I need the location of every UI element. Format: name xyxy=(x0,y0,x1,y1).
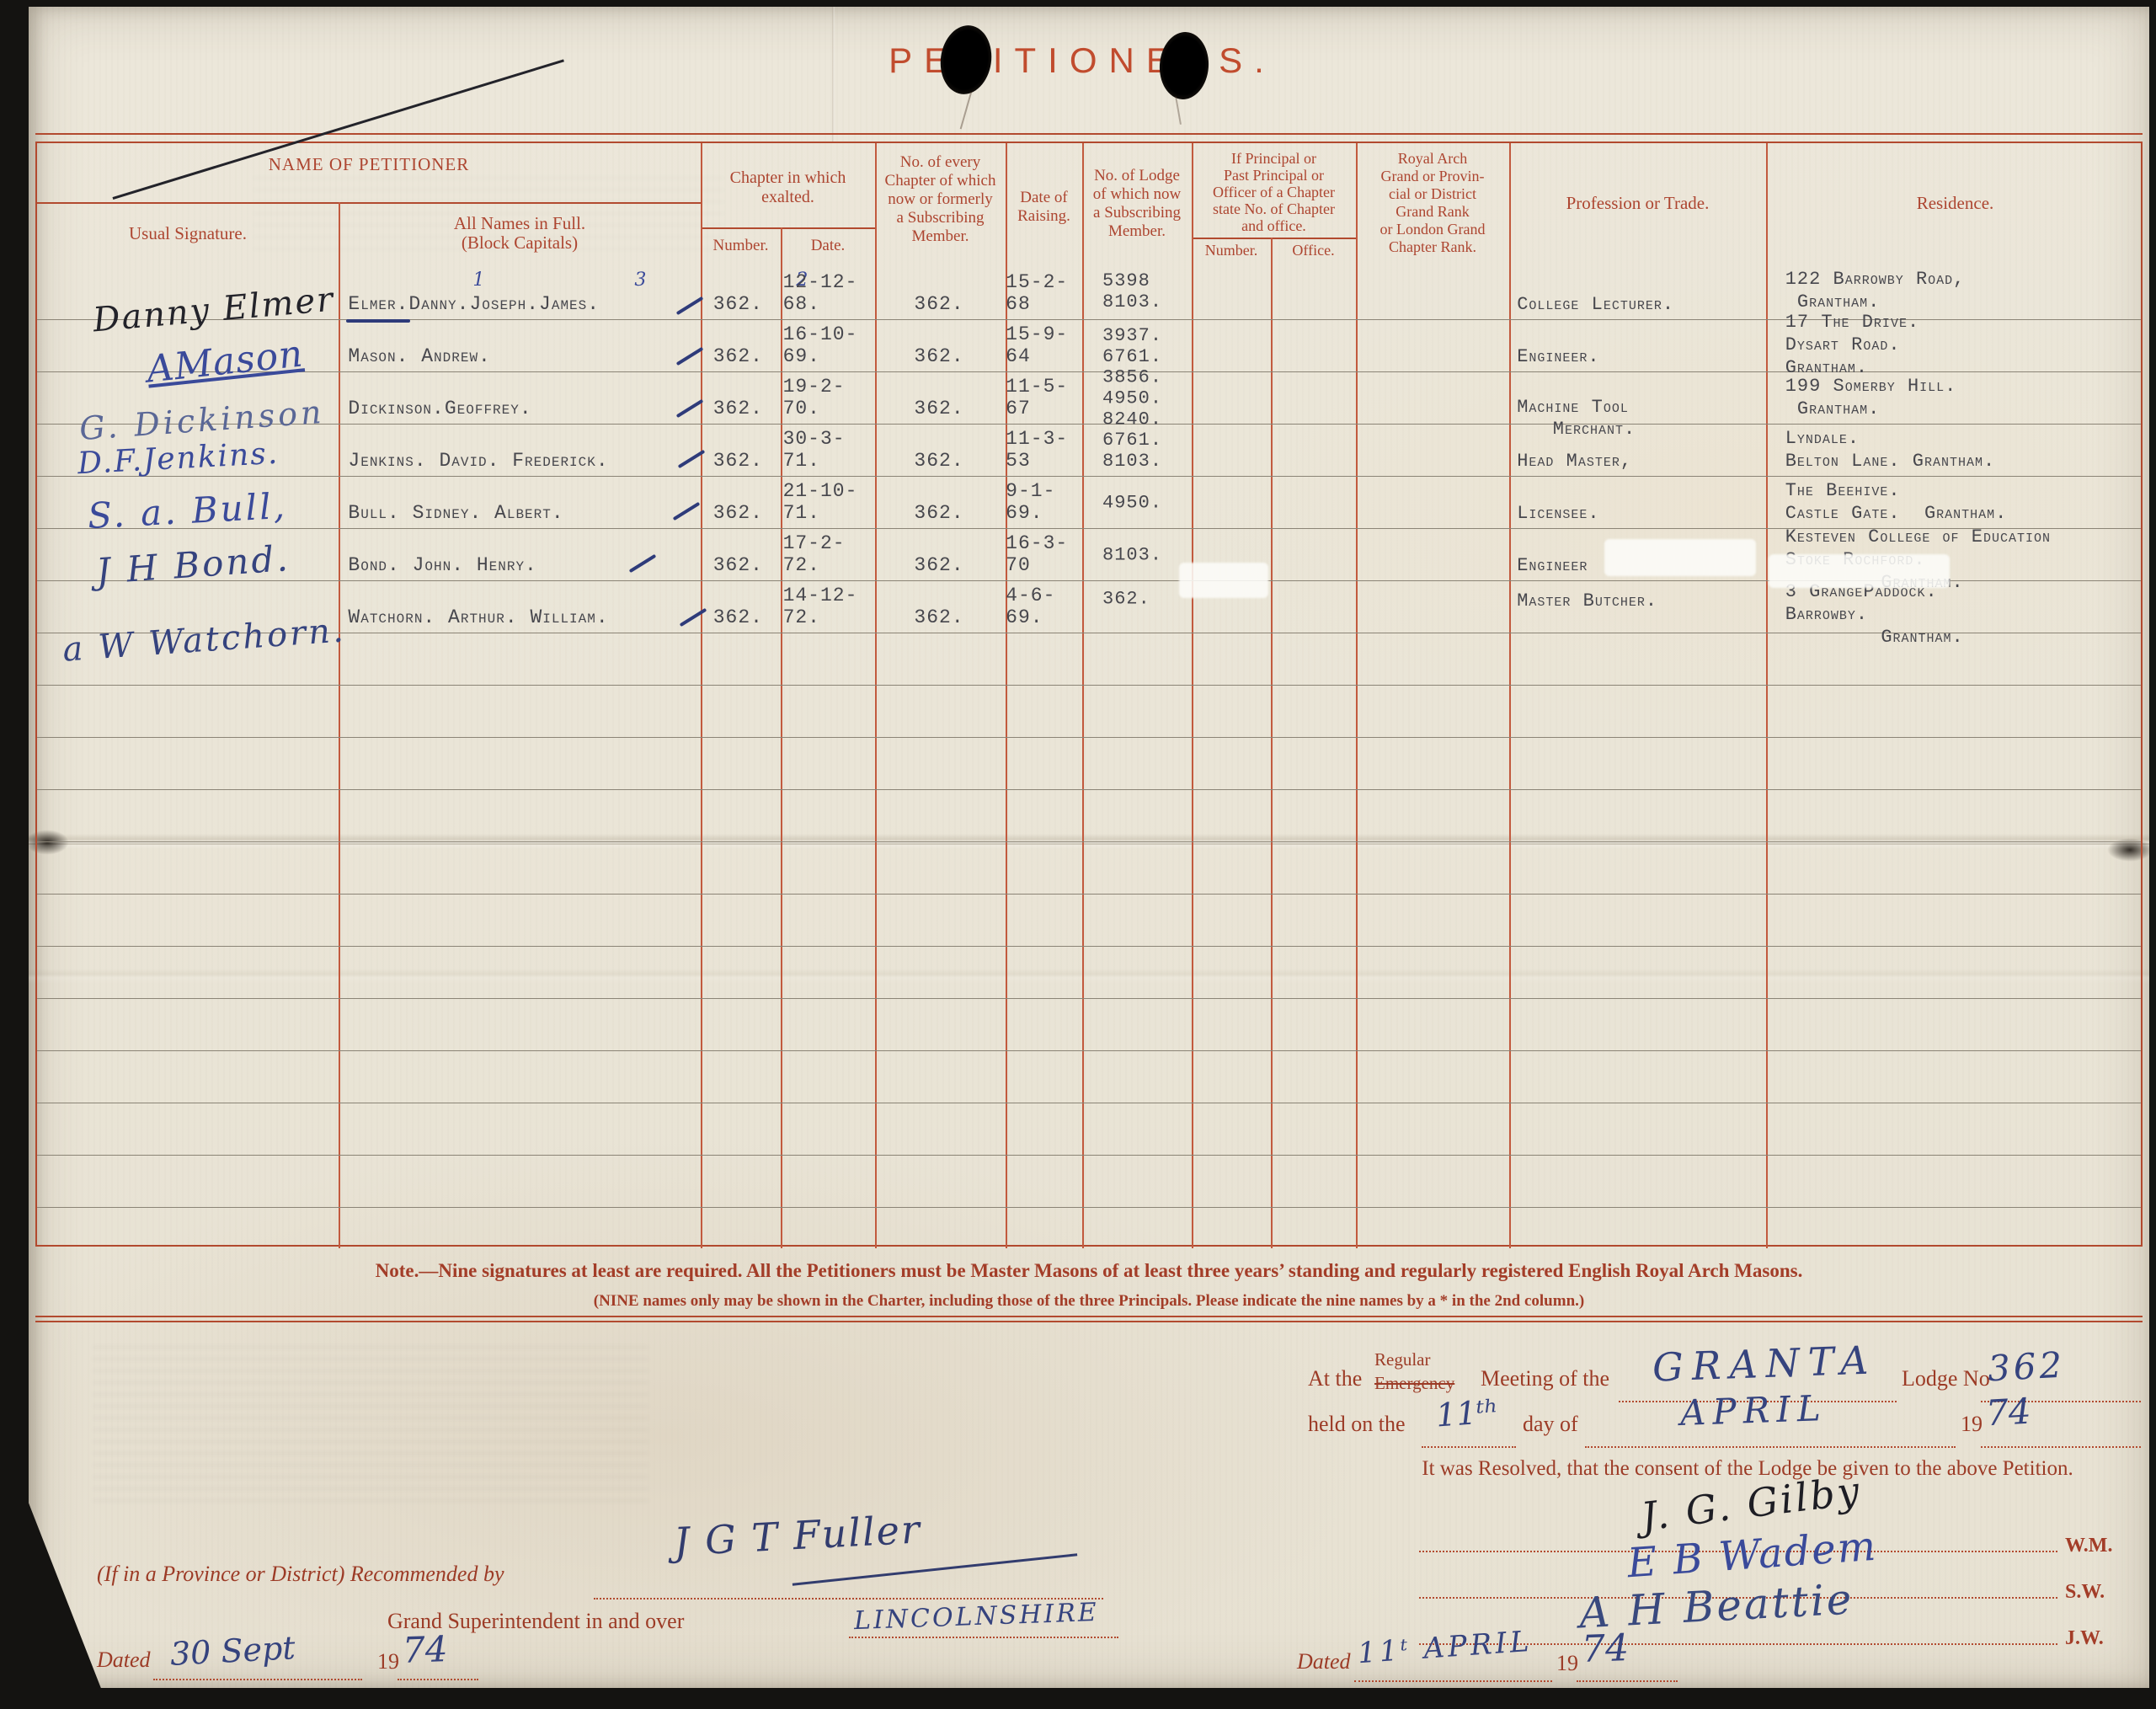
residence: 199 Somerby Hill. Grantham. xyxy=(1785,374,1957,419)
empty-row-last xyxy=(37,1208,2141,1248)
table-header: NAME OF PETITIONER Usual Signature. All … xyxy=(37,143,2141,263)
residence: The Beehive. Castle Gate. Grantham. xyxy=(1785,478,2008,524)
profession-cell: Licensee. xyxy=(1507,477,1764,528)
lodge-name-value: GRANTA xyxy=(1652,1337,1877,1390)
raising-date: 16-3-70 xyxy=(1006,532,1081,576)
header-usual-signature: Usual Signature. xyxy=(37,224,339,243)
lodge-numbers-cell: 5398 8103. xyxy=(1081,263,1190,319)
chapter-number-cell: 362. xyxy=(700,372,780,424)
whiteout-patch-lodge xyxy=(1179,563,1268,598)
name-cell: Watchorn. Arthur. William. xyxy=(338,581,699,633)
chapter-number-cell: 362. xyxy=(700,263,780,319)
header-chapter-date: Date. xyxy=(781,236,875,255)
top-double-rule xyxy=(35,133,2143,135)
whiteout-patch-profession xyxy=(1604,539,1756,576)
grand-rank-cell xyxy=(1354,529,1508,580)
chapter-number: 362. xyxy=(713,398,763,419)
raising-date: 11-5-67 xyxy=(1006,376,1081,419)
lodge-no-label: Lodge No xyxy=(1902,1366,1990,1391)
chapter-number-cell: 362. xyxy=(700,320,780,371)
header-royal-arch-rank: Royal Arch Grand or Provin- cial or Dist… xyxy=(1356,150,1509,256)
table-row: a W Watchorn. Watchorn. Arthur. William.… xyxy=(37,581,2141,633)
chapter-number: 362. xyxy=(713,606,763,628)
chapter-date-cell: 17-2-72. xyxy=(780,529,874,580)
jw-label: J.W. xyxy=(2065,1627,2104,1650)
empty-row xyxy=(37,633,2141,686)
chapter-date-cell: 30-3-71. xyxy=(780,425,874,476)
petitioner-name: Mason. Andrew. xyxy=(348,345,490,367)
header-residence: Residence. xyxy=(1766,194,2144,213)
table-row: D.F.Jenkins. Jenkins. David. Frederick. … xyxy=(37,425,2141,477)
raising-date-cell: 4-6-69. xyxy=(1004,581,1081,633)
dated-right-year-line xyxy=(1577,1680,1678,1682)
lodge-numbers: 5398 8103. xyxy=(1102,270,1162,312)
dated-right-year-prefix: 19 xyxy=(1556,1651,1578,1676)
raising-date: 11-3-53 xyxy=(1006,428,1081,472)
header-divider-chapter xyxy=(701,227,875,229)
chapter-date: 16-10-69. xyxy=(783,323,874,367)
residence: 17 The Drive. Dysart Road. Grantham. xyxy=(1785,310,1919,378)
name-cell: Jenkins. David. Frederick. xyxy=(338,425,699,476)
principal-number-cell xyxy=(1190,372,1269,424)
scan-bottom-edge xyxy=(0,1688,2156,1709)
principal-number-cell xyxy=(1190,320,1269,371)
header-divider-name xyxy=(37,202,701,204)
note-line-2: (NINE names only may be shown in the Cha… xyxy=(35,1292,2143,1311)
profession: College Lecturer. xyxy=(1517,294,1674,316)
empty-row xyxy=(37,686,2141,738)
signature-cell: S. a. Bull, xyxy=(37,477,338,528)
every-chapter-no: 362. xyxy=(914,502,963,524)
lodge-numbers-cell: 362. xyxy=(1081,581,1190,633)
recommended-line xyxy=(594,1597,1103,1600)
header-all-names: All Names in Full. (Block Capitals) xyxy=(339,214,701,253)
chapter-date-cell: 16-10-69. xyxy=(780,320,874,371)
empty-row xyxy=(37,1051,2141,1103)
header-principal-group: If Principal or Past Principal or Office… xyxy=(1192,150,1356,234)
profession: Engineer xyxy=(1517,555,1588,577)
lodge-numbers: 362. xyxy=(1102,588,1150,609)
note-line-1: Note.—Nine signatures at least are requi… xyxy=(35,1260,2143,1282)
header-lodge-subscribing: No. of Lodge of which now a Subscribing … xyxy=(1082,167,1192,241)
header-vline xyxy=(1192,143,1193,263)
residence-cell: 3 GrangePaddock. Barrowby. Grantham. xyxy=(1764,581,2141,633)
signature-cell: G. Dickinson xyxy=(37,372,338,424)
recommended-label: (If in a Province or District) Recommend… xyxy=(97,1562,504,1587)
every-chapter-cell: 362. xyxy=(873,425,1004,476)
chapter-date: 21-10-71. xyxy=(783,480,874,524)
lodge-numbers-cell: 8103. xyxy=(1081,529,1190,580)
signature-cell: J H Bond. xyxy=(37,529,338,580)
raising-date: 9-1-69. xyxy=(1006,480,1081,524)
chapter-number-cell: 362. xyxy=(700,581,780,633)
principal-office-cell xyxy=(1269,477,1354,528)
profession-cell: Machine Tool Merchant. xyxy=(1507,372,1764,424)
emergency-label-struck: Emergency xyxy=(1374,1373,1454,1394)
signature-cell: a W Watchorn. xyxy=(37,581,338,633)
scanned-petition-page: PETITIONERS. NAME OF PETITIONER Usual Si… xyxy=(0,0,2156,1709)
profession-cell: Head Master, xyxy=(1507,425,1764,476)
chapter-date: 14-12-72. xyxy=(783,585,874,628)
header-vline xyxy=(1082,143,1084,263)
grand-rank-cell xyxy=(1354,477,1508,528)
at-the-label: At the xyxy=(1308,1366,1362,1391)
every-chapter-no: 362. xyxy=(914,345,963,367)
every-chapter-cell: 362. xyxy=(873,320,1004,371)
chapter-date: 17-2-72. xyxy=(783,532,874,576)
raising-date-cell: 11-3-53 xyxy=(1004,425,1081,476)
dated-right-label: Dated xyxy=(1297,1649,1351,1674)
petitioner-name: Jenkins. David. Frederick. xyxy=(348,450,608,472)
raising-date: 4-6-69. xyxy=(1006,585,1081,628)
header-vline xyxy=(1766,143,1768,263)
lodge-numbers-cell: 6761. 8103. xyxy=(1081,425,1190,476)
principal-office-cell xyxy=(1269,320,1354,371)
every-chapter-cell: 362. xyxy=(873,372,1004,424)
petitioners-table: NAME OF PETITIONER Usual Signature. All … xyxy=(35,142,2143,1247)
principal-office-cell xyxy=(1269,372,1354,424)
empty-row xyxy=(37,1103,2141,1156)
principal-office-cell xyxy=(1269,529,1354,580)
raising-date-cell: 16-3-70 xyxy=(1004,529,1081,580)
chapter-date-cell: 19-2-70. xyxy=(780,372,874,424)
header-chapter-exalted: Chapter in which exalted. xyxy=(701,168,875,207)
residence-cell: Lyndale. Belton Lane. Grantham. xyxy=(1764,425,2141,476)
year-value: 74 xyxy=(1985,1391,2032,1434)
vertical-fold-crease xyxy=(832,7,835,142)
chapter-date: 19-2-70. xyxy=(783,376,874,419)
chapter-number-cell: 362. xyxy=(700,529,780,580)
profession: Licensee. xyxy=(1517,503,1599,525)
petitioner-signature: D.F.Jenkins. xyxy=(77,436,280,481)
principal-office-cell xyxy=(1269,581,1354,633)
empty-row xyxy=(37,790,2141,842)
every-chapter-no: 362. xyxy=(914,554,963,576)
table-row: AMason Mason. Andrew. 362. 16-10-69. 362… xyxy=(37,320,2141,372)
profession-cell: College Lecturer. xyxy=(1507,263,1764,319)
name-cell: Bond. John. Henry. xyxy=(338,529,699,580)
every-chapter-no: 362. xyxy=(914,450,963,472)
header-date-of-raising: Date of Raising. xyxy=(1006,189,1082,226)
name-cell: Dickinson.Geoffrey. xyxy=(338,372,699,424)
every-chapter-no: 362. xyxy=(914,293,963,315)
every-chapter-no: 362. xyxy=(914,606,963,628)
grand-rank-cell xyxy=(1354,372,1508,424)
empty-row xyxy=(37,947,2141,999)
chapter-date-cell: 14-12-72. xyxy=(780,581,874,633)
month-value: APRIL xyxy=(1679,1387,1828,1434)
residence: 122 Barrowby Road, Grantham. xyxy=(1785,267,1966,312)
dated-right-year: 74 xyxy=(1581,1626,1630,1671)
regular-label: Regular xyxy=(1374,1349,1430,1370)
signature-cell: Danny Elmer xyxy=(37,263,338,319)
chapter-date: 12-12-68. xyxy=(783,271,874,315)
lodge-numbers-cell: 3856. 4950. 8240. xyxy=(1081,372,1190,424)
header-vline xyxy=(1006,143,1007,263)
wm-label: W.M. xyxy=(2065,1535,2112,1557)
profession: Engineer. xyxy=(1517,346,1599,368)
dated-left-year-prefix: 19 xyxy=(377,1649,399,1674)
chapter-number: 362. xyxy=(713,293,763,315)
name-cell: 1 3 2 Elmer.Danny.Joseph.James. xyxy=(338,263,699,319)
lodge-numbers-cell: 4950. xyxy=(1081,477,1190,528)
raising-date: 15-2-68 xyxy=(1006,271,1081,315)
every-chapter-no: 362. xyxy=(914,398,963,419)
chapter-number-cell: 362. xyxy=(700,477,780,528)
residence-cell: The Beehive. Castle Gate. Grantham. xyxy=(1764,477,2141,528)
header-vline xyxy=(875,143,877,263)
chapter-date-cell: 12-12-68. xyxy=(780,263,874,319)
chapter-number-cell: 362. xyxy=(700,425,780,476)
lodge-numbers: 4950. xyxy=(1102,492,1162,513)
name-cell: Mason. Andrew. xyxy=(338,320,699,371)
raising-date-cell: 15-2-68 xyxy=(1004,263,1081,319)
empty-row xyxy=(37,1156,2141,1208)
residence-cell: 199 Somerby Hill. Grantham. xyxy=(1764,372,2141,424)
principal-office-cell xyxy=(1269,263,1354,319)
header-vline xyxy=(1356,143,1358,263)
held-on-the-label: held on the xyxy=(1308,1412,1406,1437)
grand-rank-cell xyxy=(1354,263,1508,319)
chapter-number: 362. xyxy=(713,345,763,367)
header-name-group: NAME OF PETITIONER xyxy=(37,155,701,174)
chapter-number: 362. xyxy=(713,554,763,576)
dated-left-year: 74 xyxy=(402,1628,448,1671)
lodge-no-value: 362 xyxy=(1987,1344,2067,1390)
profession: Head Master, xyxy=(1517,451,1632,473)
header-vline xyxy=(339,202,340,263)
lodge-numbers: 6761. 8103. xyxy=(1102,430,1162,472)
lodge-numbers: 8103. xyxy=(1102,544,1162,565)
header-chapter-number: Number. xyxy=(701,236,781,255)
empty-row xyxy=(37,738,2141,790)
pen-tick xyxy=(672,502,700,521)
dated-right-line xyxy=(1354,1680,1552,1682)
day-of-label: day of xyxy=(1523,1412,1578,1437)
bottom-double-rule-1 xyxy=(35,1316,2143,1317)
every-chapter-cell: 362. xyxy=(873,581,1004,633)
every-chapter-cell: 362. xyxy=(873,529,1004,580)
principal-number-cell xyxy=(1190,263,1269,319)
day-line xyxy=(1422,1445,1516,1448)
chapter-date: 30-3-71. xyxy=(783,428,874,472)
petitioner-name: Elmer.Danny.Joseph.James. xyxy=(348,293,600,315)
profession: Master Butcher. xyxy=(1517,590,1657,612)
chapter-number: 362. xyxy=(713,502,763,524)
sw-label: S.W. xyxy=(2065,1581,2105,1604)
page-title: PETITIONERS. xyxy=(842,40,1322,81)
header-principal-office: Office. xyxy=(1271,241,1356,260)
table-body: Danny Elmer 1 3 2 Elmer.Danny.Joseph.Jam… xyxy=(37,263,2141,1248)
meeting-of-the-label: Meeting of the xyxy=(1481,1366,1609,1391)
dated-left-year-line xyxy=(398,1678,478,1680)
petitioner-name: Watchorn. Arthur. William. xyxy=(348,606,608,628)
chapter-date-cell: 21-10-71. xyxy=(780,477,874,528)
residence-cell: 17 The Drive. Dysart Road. Grantham. xyxy=(1764,320,2141,371)
bleedthrough-text-block xyxy=(93,1346,648,1502)
header-divider-principal xyxy=(1192,238,1356,239)
principal-number-cell xyxy=(1190,477,1269,528)
empty-row xyxy=(37,842,2141,895)
whiteout-patch-residence xyxy=(1769,554,1950,588)
lodge-numbers: 3856. 4950. 8240. xyxy=(1102,366,1162,430)
principal-number-cell xyxy=(1190,425,1269,476)
raising-date: 15-9-64 xyxy=(1006,323,1081,367)
header-vline xyxy=(1271,238,1273,263)
empty-row xyxy=(37,895,2141,947)
residence: Lyndale. Belton Lane. Grantham. xyxy=(1785,426,1995,472)
every-chapter-cell: 362. xyxy=(873,263,1004,319)
header-principal-number: Number. xyxy=(1192,241,1271,260)
header-vline xyxy=(1509,143,1511,263)
year-line xyxy=(1981,1445,2141,1448)
bottom-double-rule-2 xyxy=(35,1321,2143,1322)
grand-rank-cell xyxy=(1354,425,1508,476)
dated-left-line xyxy=(153,1678,362,1680)
year-prefix: 19 xyxy=(1961,1412,1983,1437)
raising-date-cell: 15-9-64 xyxy=(1004,320,1081,371)
lodge-numbers: 3937. 6761. xyxy=(1102,325,1162,367)
every-chapter-cell: 362. xyxy=(873,477,1004,528)
pen-tick xyxy=(628,554,656,573)
header-every-chapter: No. of every Chapter of which now or for… xyxy=(875,153,1006,246)
profession-cell: Engineer. xyxy=(1507,320,1764,371)
petitioner-name: Bond. John. Henry. xyxy=(348,554,536,576)
profession-cell: Master Butcher. xyxy=(1507,581,1764,633)
raising-date-cell: 11-5-67 xyxy=(1004,372,1081,424)
month-line xyxy=(1585,1445,1956,1448)
resolved-text: It was Resolved, that the consent of the… xyxy=(1347,1457,2148,1481)
empty-row xyxy=(37,999,2141,1051)
superintendent-line xyxy=(849,1636,1118,1638)
header-vline xyxy=(781,227,782,263)
dated-left-value: 30 Sept xyxy=(169,1629,296,1673)
chapter-number: 362. xyxy=(713,450,763,472)
lodge-numbers-cell: 3937. 6761. xyxy=(1081,320,1190,371)
header-profession: Profession or Trade. xyxy=(1509,194,1766,213)
grand-rank-cell xyxy=(1354,581,1508,633)
principal-office-cell xyxy=(1269,425,1354,476)
petitioner-name: Dickinson.Geoffrey. xyxy=(348,398,531,419)
signature-cell: D.F.Jenkins. xyxy=(37,425,338,476)
table-row: S. a. Bull, Bull. Sidney. Albert. 362. 2… xyxy=(37,477,2141,529)
raising-date-cell: 9-1-69. xyxy=(1004,477,1081,528)
grand-rank-cell xyxy=(1354,320,1508,371)
dated-left-label: Dated xyxy=(97,1648,151,1673)
name-cell: Bull. Sidney. Albert. xyxy=(338,477,699,528)
header-vline xyxy=(701,143,702,263)
day-value: 11ᵗʰ xyxy=(1435,1392,1500,1434)
table-row: G. Dickinson Dickinson.Geoffrey. 362. 19… xyxy=(37,372,2141,425)
signature-cell: AMason xyxy=(37,320,338,371)
petitioner-name: Bull. Sidney. Albert. xyxy=(348,502,563,524)
